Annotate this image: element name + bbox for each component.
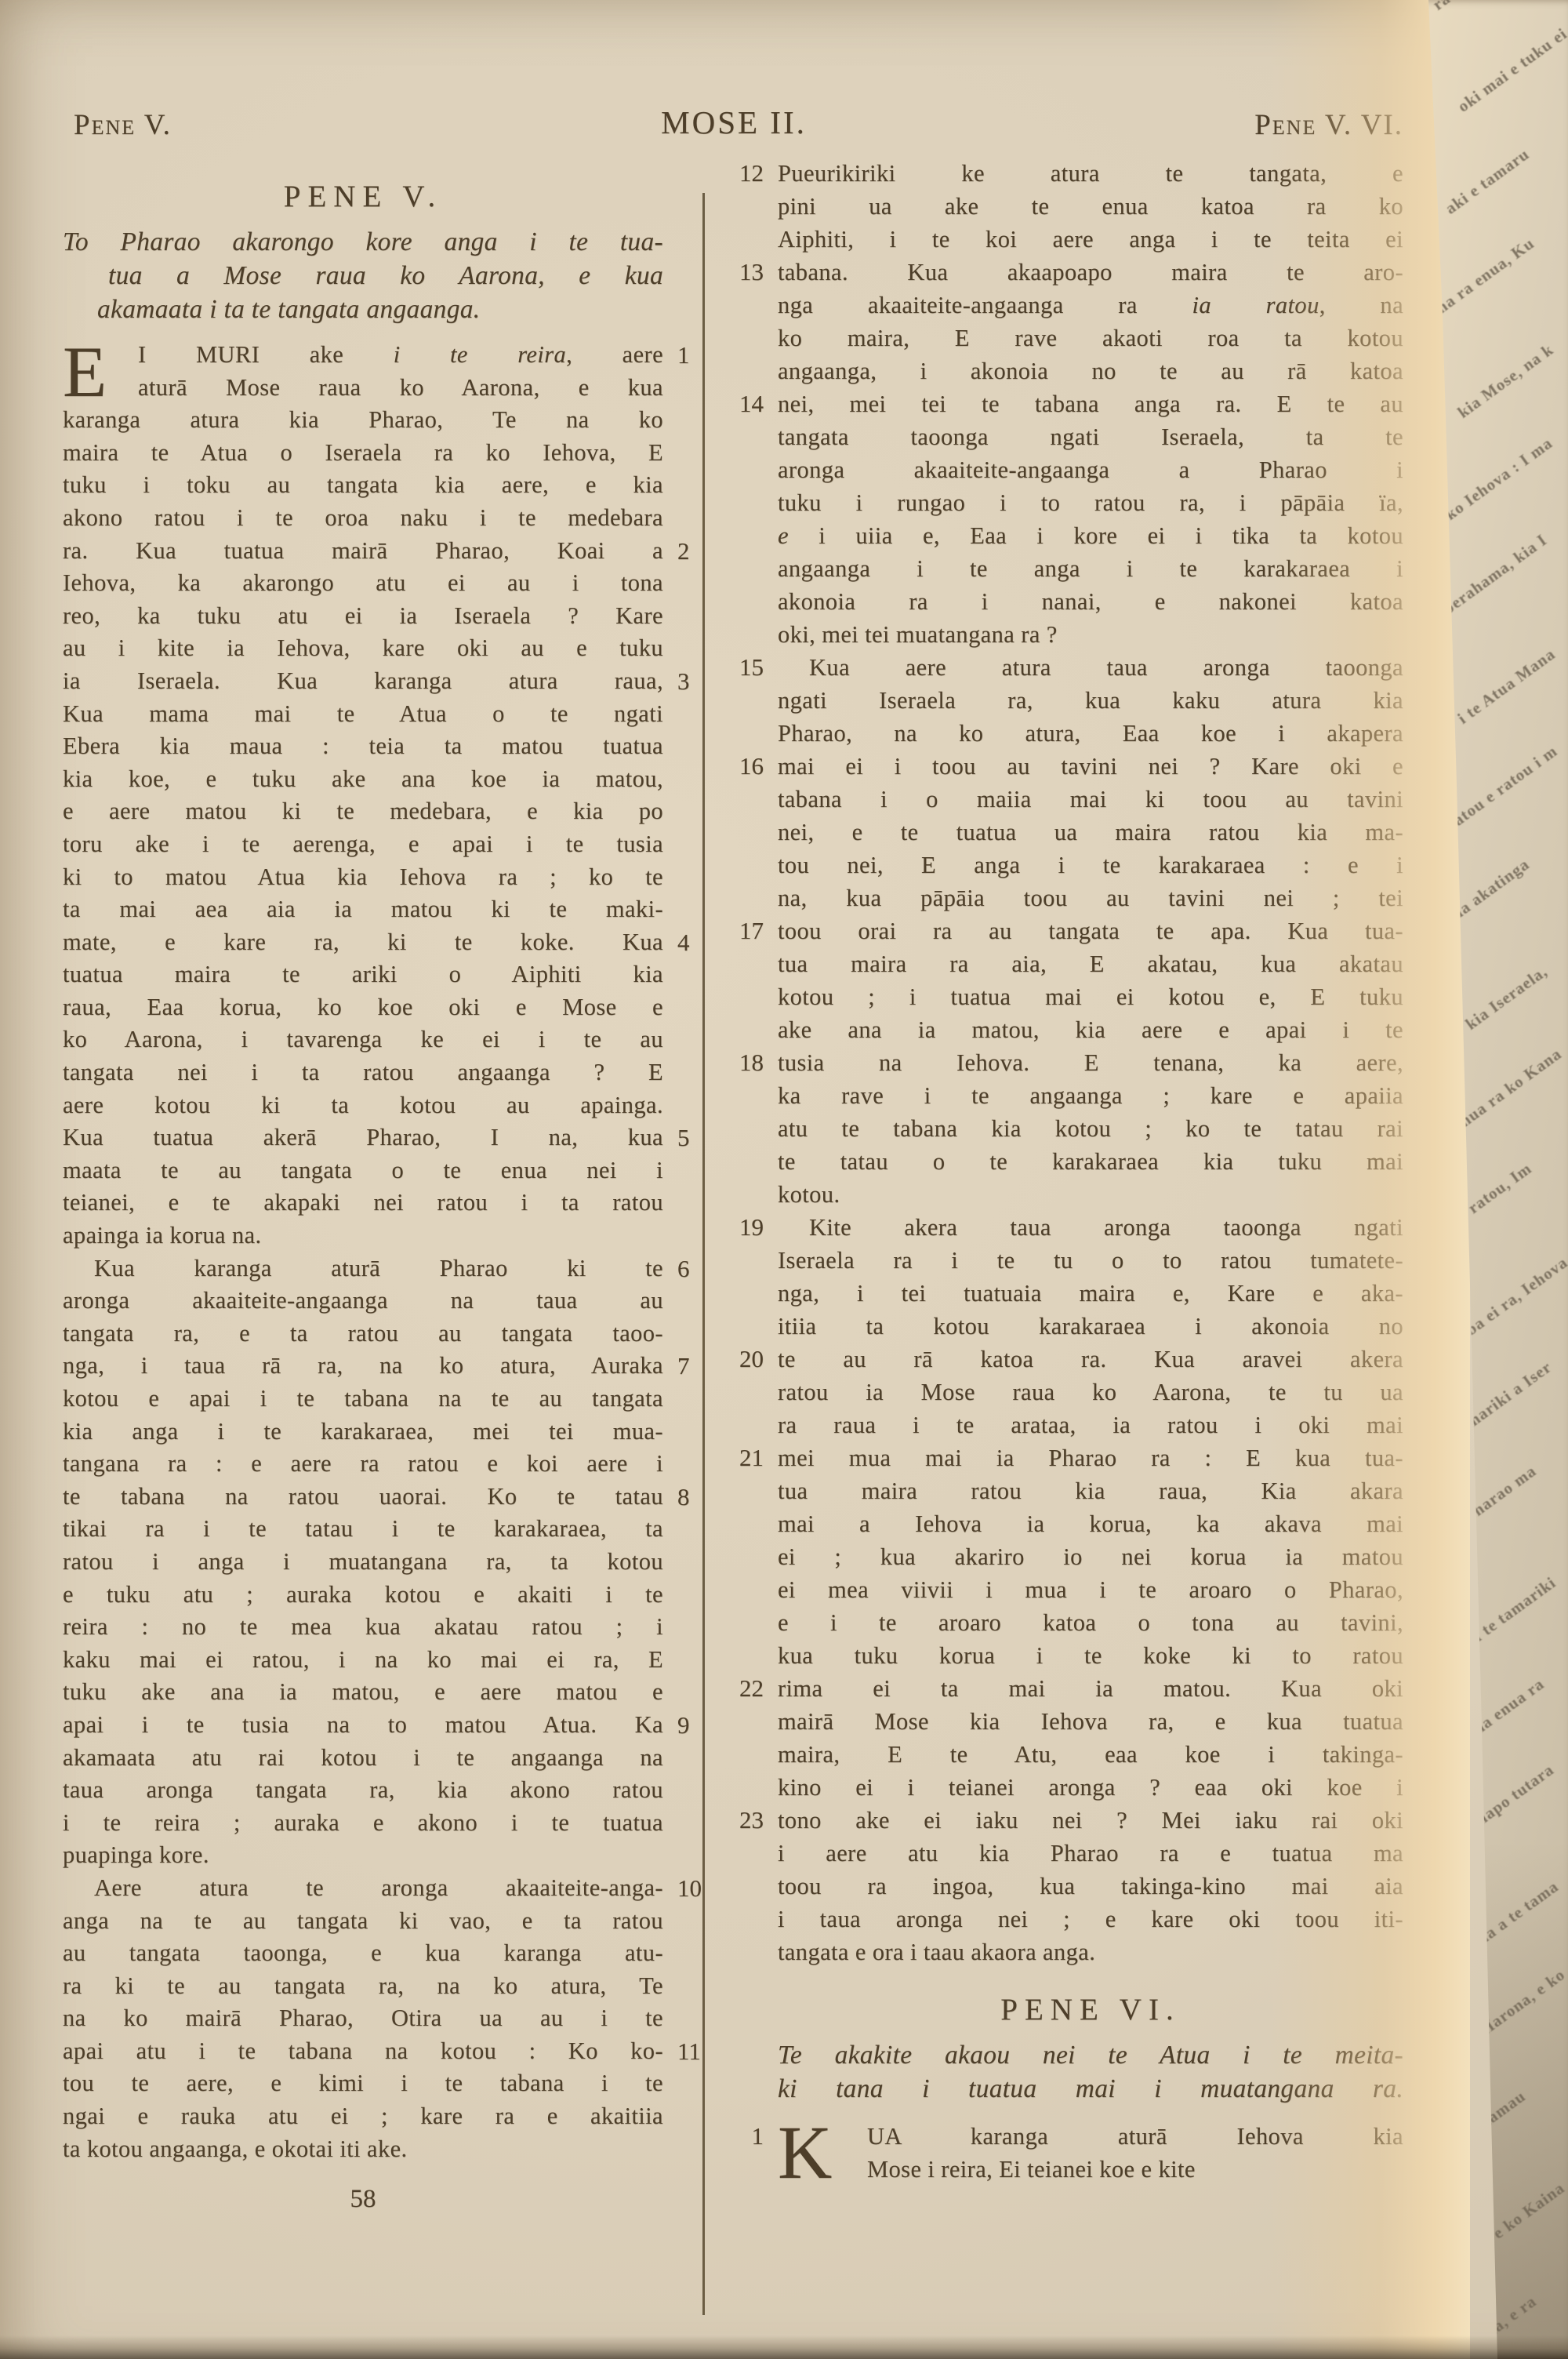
text-line: 15Kua aere atura taua aronga taoonga (778, 651, 1403, 684)
text-line: Aiphiti, i te koi aere anga i te teita e… (778, 223, 1403, 256)
text-line: maira te Atua o Iseraela ra ko Iehova, E (63, 437, 663, 470)
next-chapter-block: PENE VI. Te akakite akaou nei te Atua i … (778, 1992, 1403, 2186)
text-line: na, kua pāpāia toou au tavini nei ; tei (778, 881, 1403, 914)
verse-number: 9 (677, 1709, 690, 1742)
text-line: nga, i tei tuatuaia maira e, Kare e aka- (778, 1277, 1403, 1310)
text-line: 12Pueurikiriki ke atura te tangata, e (778, 157, 1403, 190)
text-line: au i kite ia Iehova, kare oki au e tuku (63, 632, 663, 665)
text-line: ratou ia Mose raua ko Aarona, te tu ua (778, 1376, 1403, 1408)
text-line: tuatua maira te ariki o Aiphiti kia (63, 958, 663, 991)
bottom-shadow (0, 2335, 1568, 2359)
text-line: tou te aere, e kimi i te tabana i te (63, 2067, 663, 2100)
text-line: 18tusia na Iehova. E tenana, ka aere, (778, 1046, 1403, 1079)
text-line: 10Aere atura te aronga akaaiteite-anga- (63, 1872, 663, 1905)
text-line: nga akaaiteite-angaanga ra ia ratou, na (778, 289, 1403, 322)
text-line: tangata taoonga ngati Iseraela, ta te (778, 420, 1403, 453)
text-line: kotou e apai i te tabana na te au tangat… (63, 1383, 663, 1416)
chapter-heading: PENE VI. (778, 1992, 1403, 2027)
text-line: oki, mei tei muatangana ra ? (778, 618, 1403, 651)
text-line: karanga atura kia Pharao, Te na ko (63, 404, 663, 437)
text-line: ko maira, E rave akaoti roa ta kotou (778, 322, 1403, 354)
text-line: tou nei, E anga i te karakaraea : e i (778, 849, 1403, 881)
text-line: au tangata taoonga, e kua karanga atu- (63, 1937, 663, 1970)
text-line: 7nga, i taua rā ra, na ko atura, Auraka (63, 1350, 663, 1383)
text-line: akamaata i ta te tangata angaanga. (63, 293, 663, 326)
chapter-summary: To Pharao akarongo kore anga i te tua-tu… (63, 225, 663, 326)
text-line: i taua aronga nei ; e kare oki toou iti- (778, 1903, 1403, 1936)
text-line: kaku mai ei ratou, i na ko mai ei ra, E (63, 1644, 663, 1677)
right-column: 12Pueurikiriki ke atura te tangata, epin… (778, 157, 1403, 2186)
text-line: tangata nei i ta ratou angaanga ? E (63, 1056, 663, 1089)
text-line: tangana ra : e aere ra ratou e koi aere … (63, 1448, 663, 1481)
text-line: taua aronga tangata ra, kia akono ratou (63, 1774, 663, 1807)
text-line: aere kotou ki ta kotou au apainga. (63, 1089, 663, 1122)
text-line: kia koe, e tuku ake ana koe ia matou, (63, 763, 663, 796)
running-header-right: Pene V. VI. (1254, 108, 1403, 142)
text-line: ka rave i te angaanga ; kare e apaiia (778, 1079, 1403, 1112)
text-line: akamaata atu rai kotou i te angaanga na (63, 1742, 663, 1775)
text-line: tuku ake ana ia matou, e aere matou e (63, 1676, 663, 1709)
text-line: mai a Iehova ia korua, ka akava mai (778, 1507, 1403, 1540)
text-line: anga na te au tangata ki vao, e ta ratou (63, 1905, 663, 1938)
verse-number: 7 (677, 1350, 690, 1383)
text-line: pini ua ake te enua katoa ra ko (778, 190, 1403, 223)
text-line: e aere matou ki te medebara, e kia po (63, 795, 663, 828)
text-line: Kua mama mai te Atua o te ngati (63, 698, 663, 731)
verse-number: 22 (739, 1672, 764, 1705)
text-line: te tatau o te karakaraea kia tuku mai (778, 1145, 1403, 1178)
text-line: tikai ra i te tatau i te karakaraea, ta (63, 1513, 663, 1546)
text-line: akonoia ra i nanai, e nakonei katoa (778, 585, 1403, 618)
text-line: 19Kite akera taua aronga taoonga ngati (778, 1211, 1403, 1244)
text-line: ake ana ia matou, kia aere e apai i te (778, 1013, 1403, 1046)
text-line: tangata e ora i taau akaora anga. (778, 1936, 1403, 1968)
verse-number: 20 (739, 1343, 764, 1376)
text-line: raua, Eaa korua, ko koe oki e Mose e (63, 991, 663, 1024)
text-line: Mose i reira, Ei teianei koe e kite (778, 2153, 1403, 2186)
text-line: aronga akaaiteite-angaanga a Pharao i (778, 453, 1403, 486)
column-body: K 1UA karanga aturā Iehova kiaMose i rei… (778, 2120, 1403, 2186)
text-line: 1UA karanga aturā Iehova kia (778, 2120, 1403, 2153)
text-line: i aere atu kia Pharao ra e tuatua ma (778, 1837, 1403, 1870)
column-body: E 1I MURI ake i te reira, aereaturā Mose… (63, 339, 663, 2165)
text-line: 1I MURI ake i te reira, aere (63, 339, 663, 372)
text-line: ta kotou angaanga, e okotai iti ake. (63, 2133, 663, 2166)
column-divider (702, 193, 705, 2315)
running-header-center: MOSE II. (64, 104, 1403, 141)
text-line: 5Kua tuatua akerā Pharao, I na, kua (63, 1121, 663, 1154)
verse-number: 4 (677, 926, 690, 959)
verse-number: 18 (739, 1046, 764, 1079)
text-line: tangata ra, e ta ratou au tangata taoo- (63, 1318, 663, 1350)
text-line: Ebera kia maua : teia ta matou tuatua (63, 730, 663, 763)
text-line: 14nei, mei tei te tabana anga ra. E te a… (778, 387, 1403, 420)
left-column: PENE V. To Pharao akarongo kore anga i t… (63, 179, 663, 2165)
text-line: kia anga i te karakaraea, mei tei mua- (63, 1416, 663, 1448)
text-line: nei, e te tuatua ua maira ratou kia ma- (778, 816, 1403, 849)
text-line: maata te au tangata o te enua nei i (63, 1154, 663, 1187)
verse-number: 11 (677, 2035, 701, 2068)
book-fore-edge: ra i Pharao raoki mai e tuku eiaki e tam… (1380, 0, 1568, 2359)
text-line: i te reira ; auraka e akono i te tuatua (63, 1807, 663, 1840)
verse-number: 23 (739, 1804, 764, 1837)
text-line: 4mate, e kare ra, ki te koke. Kua (63, 926, 663, 959)
text-line: Iehova, ka akarongo atu ei au i tona (63, 567, 663, 600)
text-line: 22rima ei ta mai ia matou. Kua oki (778, 1672, 1403, 1705)
text-line: tua maira ratou kia raua, Kia akara (778, 1474, 1403, 1507)
text-line: mairā Mose kia Iehova ra, e kua tuatua (778, 1705, 1403, 1738)
text-line: na ko mairā Pharao, Otira ua au i te (63, 2002, 663, 2035)
chapter-summary: Te akakite akaou nei te Atua i te meita-… (778, 2038, 1403, 2106)
verse-number: 19 (739, 1211, 764, 1244)
text-line: toru ake i te aerenga, e apai i te tusia (63, 828, 663, 861)
text-line: angaanga i te anga i te karakaraea i (778, 552, 1403, 585)
verse-number: 14 (739, 387, 764, 420)
text-line: ra ki te au tangata ra, na ko atura, Te (63, 1970, 663, 2003)
verse-number: 6 (677, 1252, 690, 1285)
verse-number: 2 (677, 535, 690, 568)
text-line: 11apai atu i te tabana na kotou : Ko ko- (63, 2035, 663, 2068)
text-line: kotou. (778, 1178, 1403, 1211)
text-line: kotou ; i tuatua mai ei kotou e, E tuku (778, 980, 1403, 1013)
verse-number: 5 (677, 1121, 690, 1154)
text-line: 2ra. Kua tuatua mairā Pharao, Koai a (63, 535, 663, 568)
verse-number: 16 (739, 750, 764, 783)
text-line: e i uiia e, Eaa i kore ei i tika ta koto… (778, 519, 1403, 552)
text-line: reira : no te mea kua akatau ratou ; i (63, 1611, 663, 1644)
verse-number: 21 (739, 1441, 764, 1474)
text-line: aronga akaaiteite-angaanga na taua au (63, 1285, 663, 1318)
running-header: Pene V. MOSE II. Pene V. VI. (64, 108, 1403, 147)
text-line: reo, ka tuku atu ei ia Iseraela ? Kare (63, 600, 663, 633)
text-line: 23tono ake ei iaku nei ? Mei iaku rai ok… (778, 1804, 1403, 1837)
text-line: ki tana i tuatua mai i muatangana ra. (778, 2072, 1403, 2106)
text-line: teianei, e te akapaki nei ratou i ta rat… (63, 1187, 663, 1219)
text-line: tabana i o maiia mai ki toou au tavini (778, 783, 1403, 816)
text-line: ngati Iseraela ra, kua kaku atura kia (778, 684, 1403, 717)
text-line: maira, E te Atu, eaa koe i takinga- (778, 1738, 1403, 1771)
text-line: Te akakite akaou nei te Atua i te meita- (778, 2038, 1403, 2072)
text-line: 21mei mua mai ia Pharao ra : E kua tua- (778, 1441, 1403, 1474)
text-line: ngai e rauka atu ei ; kare ra e akaitiia (63, 2100, 663, 2133)
text-line: ko Aarona, i tavarenga ke ei i te au (63, 1023, 663, 1056)
text-line: 20te au rā katoa ra. Kua aravei akera (778, 1343, 1403, 1376)
text-line: ei mea viivii i mua i te aroaro o Pharao… (778, 1573, 1403, 1606)
verse-number: 17 (739, 914, 764, 947)
text-line: puapinga kore. (63, 1839, 663, 1872)
text-line: apainga ia korua na. (63, 1219, 663, 1252)
text-line: 17toou orai ra au tangata te apa. Kua tu… (778, 914, 1403, 947)
text-line: Pharao, na ko atura, Eaa koe i akapera (778, 717, 1403, 750)
text-line: tuku i toku au tangata kia aere, e kia (63, 469, 663, 502)
verse-number: 1 (752, 2120, 764, 2153)
text-line: 3ia Iseraela. Kua karanga atura raua, (63, 665, 663, 698)
text-line: 9apai i te tusia na to matou Atua. Ka (63, 1709, 663, 1742)
text-line: ra raua i te arataa, ia ratou i oki mai (778, 1408, 1403, 1441)
text-line: akono ratou i te oroa naku i te medebara (63, 502, 663, 535)
verse-number: 8 (677, 1481, 690, 1514)
verse-number: 3 (677, 665, 690, 698)
text-line: 16mai ei i toou au tavini nei ? Kare oki… (778, 750, 1403, 783)
text-line: ratou i anga i muatangana ra, ta kotou (63, 1546, 663, 1579)
text-line: Iseraela ra i te tu o to ratou tumatete- (778, 1244, 1403, 1277)
text-line: 13tabana. Kua akaapoapo maira te aro- (778, 256, 1403, 289)
text-line: atu te tabana kia kotou ; ko te tatau ra… (778, 1112, 1403, 1145)
text-line: tua a Mose raua ko Aarona, e kua (63, 259, 663, 293)
text-line: 6Kua karanga aturā Pharao ki te (63, 1252, 663, 1285)
text-line: ki to matou Atua kia Iehova ra ; ko te (63, 861, 663, 894)
verse-number: 15 (739, 651, 764, 684)
page-number: 58 (63, 2185, 663, 2214)
verse-number: 13 (739, 256, 764, 289)
text-line: tuku i rungao i to ratou ra, i pāpāia ïa… (778, 486, 1403, 519)
text-line: kino ei i teianei aronga ? eaa oki koe i (778, 1771, 1403, 1804)
book-page: Pene V. MOSE II. Pene V. VI. PENE V. To … (0, 0, 1568, 2359)
column-body: 12Pueurikiriki ke atura te tangata, epin… (778, 157, 1403, 1968)
text-line: ta mai aea aia ia matou ki te maki- (63, 893, 663, 926)
text-line: ei ; kua akariro io nei korua ia matou (778, 1540, 1403, 1573)
chapter-heading: PENE V. (63, 179, 663, 214)
text-line: toou ra ingoa, kua takinga-kino mai aia (778, 1870, 1403, 1903)
text-line: kua tuku korua i te koke ki to ratou (778, 1639, 1403, 1672)
text-line: To Pharao akarongo kore anga i te tua- (63, 225, 663, 259)
text-line: angaanga, i akonoia no te au rā katoa (778, 354, 1403, 387)
text-line: e i te aroaro katoa o tona au tavini, (778, 1606, 1403, 1639)
verse-number: 1 (677, 339, 690, 372)
verse-number: 12 (739, 157, 764, 190)
verse-number: 10 (677, 1872, 702, 1905)
text-line: aturā Mose raua ko Aarona, e kua (63, 372, 663, 405)
text-line: e tuku atu ; auraka kotou e akaiti i te (63, 1579, 663, 1612)
text-line: itiia ta kotou karakaraea i akonoia no (778, 1310, 1403, 1343)
text-line: 8te tabana na ratou uaorai. Ko te tatau (63, 1481, 663, 1514)
text-line: tua maira ra aia, E akatau, kua akatau (778, 947, 1403, 980)
